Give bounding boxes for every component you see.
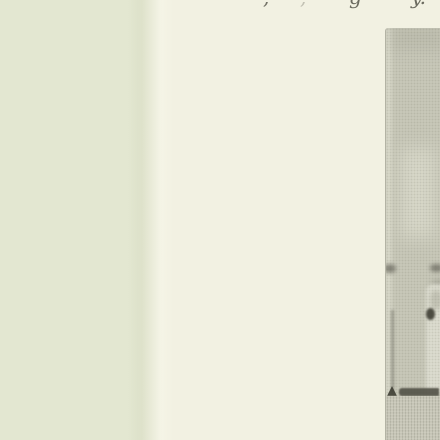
cropped-glyph: ,: [300, 0, 306, 7]
cropped-glyph: y.: [411, 0, 426, 7]
photo-pole: [391, 310, 394, 392]
photo-mid-highlight: [400, 148, 436, 238]
photo-dark-spot: [426, 308, 435, 320]
photo-foreground-ground: [386, 396, 440, 440]
scanned-page-background: ,,gy.: [0, 0, 440, 440]
photo-figure-shading: [430, 290, 440, 310]
photo-rail-mark-left: [385, 264, 396, 273]
photo-bench-bar: [399, 388, 439, 396]
photo: [385, 28, 440, 440]
cropped-glyph: g: [349, 0, 362, 7]
photo-rail-mark-right: [430, 264, 440, 272]
page-fold-gutter: [128, 0, 174, 440]
photo-top-shading: [392, 28, 440, 50]
cropped-glyph: ,: [263, 0, 269, 7]
top-cropped-text-line: ,,gy.: [0, 0, 440, 7]
